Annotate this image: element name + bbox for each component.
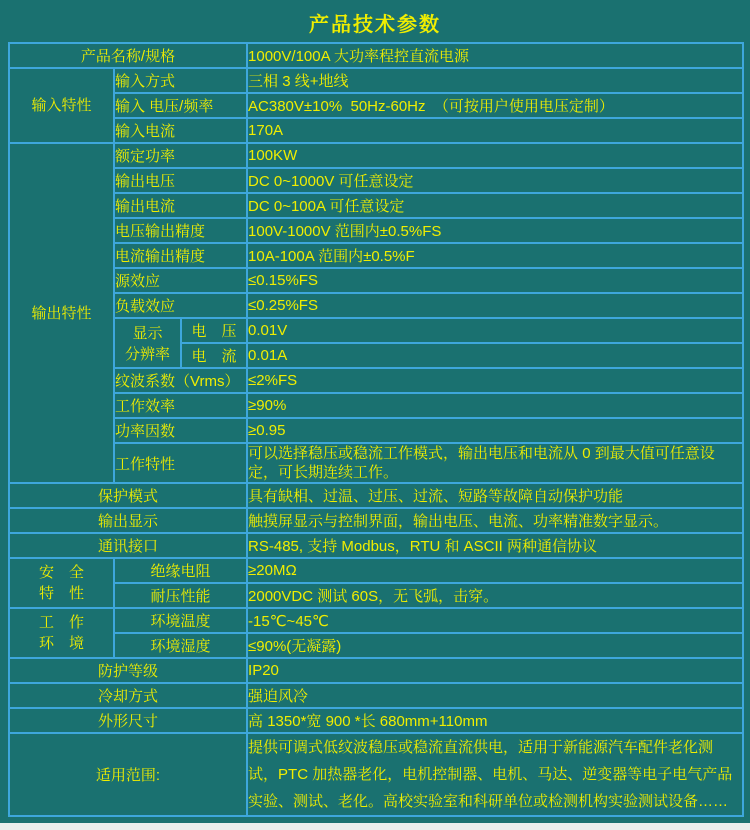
table-row: 冷却方式 强迫风冷 [9,683,743,708]
dimensions-label: 外形尺寸 [9,708,247,733]
row-label: 绝缘电阻 [114,558,247,583]
table-row: 保护模式 具有缺相、过温、过压、过流、短路等故障自动保护功能 [9,483,743,508]
row-value: 100KW [247,143,743,168]
display-resolution-line1: 显示 [132,325,162,342]
row-label: 源效应 [114,268,247,293]
output-display-value: 触摸屏显示与控制界面，输出电压、电流、功率精准数字显示。 [247,508,743,533]
row-value: 可以选择稳压或稳流工作模式，输出电压和电流从 0 到最大值可任意设定，可长期连续… [247,443,743,483]
group-safety-line1: 安 全 [39,564,84,581]
group-input-characteristics: 输入特性 [9,68,114,143]
row-value: DC 0~1000V 可任意设定 [247,168,743,193]
table-row: 纹波系数（Vrms） ≤2%FS [9,368,743,393]
spec-table: 产品名称/规格 1000V/100A 大功率程控直流电源 输入特性 输入方式 三… [8,42,744,817]
row-label: 电 流 [181,343,247,368]
table-row: 输入特性 输入方式 三相 3 线+地线 [9,68,743,93]
table-row: 工 作 环 境 环境温度 -15℃~45℃ [9,608,743,633]
row-label: 工作效率 [114,393,247,418]
table-row: 工作特性 可以选择稳压或稳流工作模式，输出电压和电流从 0 到最大值可任意设定，… [9,443,743,483]
row-value: 100V-1000V 范围内±0.5%FS [247,218,743,243]
row-value: AC380V±10% 50Hz-60Hz （可按用户使用电压定制） [247,93,743,118]
group-environment-line2: 环 境 [39,635,84,652]
table-row: 输入 电压/频率 AC380V±10% 50Hz-60Hz （可按用户使用电压定… [9,93,743,118]
comm-interface-value: RS-485, 支持 Modbus，RTU 和 ASCII 两种通信协议 [247,533,743,558]
row-label: 输入 电压/频率 [114,93,247,118]
group-safety-line2: 特 性 [39,585,84,602]
row-value: ≥90% [247,393,743,418]
row-label: 环境湿度 [114,633,247,658]
display-resolution-line2: 分辨率 [125,346,170,363]
row-label: 输出电压 [114,168,247,193]
row-label: 输入电流 [114,118,247,143]
protection-grade-label: 防护等级 [9,658,247,683]
row-label: 环境温度 [114,608,247,633]
cooling-method-value: 强迫风冷 [247,683,743,708]
output-display-label: 输出显示 [9,508,247,533]
table-row: 显示 分辨率 电 压 0.01V [9,318,743,343]
application-scope-value: 提供可调式低纹波稳压或稳流直流供电，适用于新能源汽车配件老化测试，PTC 加热器… [247,733,743,816]
row-label: 负载效应 [114,293,247,318]
table-row: 源效应 ≤0.15%FS [9,268,743,293]
protection-mode-value: 具有缺相、过温、过压、过流、短路等故障自动保护功能 [247,483,743,508]
row-label: 耐压性能 [114,583,247,608]
dimensions-value: 高 1350*宽 900 *长 680mm+110mm [247,708,743,733]
row-value: 170A [247,118,743,143]
row-label: 工作特性 [114,443,247,483]
row-value: DC 0~100A 可任意设定 [247,193,743,218]
display-resolution-label: 显示 分辨率 [114,318,181,368]
table-row: 输出显示 触摸屏显示与控制界面，输出电压、电流、功率精准数字显示。 [9,508,743,533]
page-title: 产品技术参数 [0,0,750,42]
table-row: 输出电流 DC 0~100A 可任意设定 [9,193,743,218]
table-row: 安 全 特 性 绝缘电阻 ≥20MΩ [9,558,743,583]
table-row: 电流输出精度 10A-100A 范围内±0.5%F [9,243,743,268]
bottom-strip [0,823,750,830]
row-value: 0.01A [247,343,743,368]
row-value: ≤2%FS [247,368,743,393]
row-value: -15℃~45℃ [247,608,743,633]
product-name-value: 1000V/100A 大功率程控直流电源 [247,43,743,68]
table-row: 输出特性 额定功率 100KW [9,143,743,168]
row-value: 0.01V [247,318,743,343]
table-row: 适用范围: 提供可调式低纹波稳压或稳流直流供电，适用于新能源汽车配件老化测试，P… [9,733,743,816]
row-label: 输出电流 [114,193,247,218]
row-label: 功率因数 [114,418,247,443]
row-value: 三相 3 线+地线 [247,68,743,93]
row-label: 额定功率 [114,143,247,168]
protection-grade-value: IP20 [247,658,743,683]
row-value: ≥0.95 [247,418,743,443]
table-row: 防护等级 IP20 [9,658,743,683]
row-label: 电流输出精度 [114,243,247,268]
cooling-method-label: 冷却方式 [9,683,247,708]
table-row: 输出电压 DC 0~1000V 可任意设定 [9,168,743,193]
comm-interface-label: 通讯接口 [9,533,247,558]
group-safety: 安 全 特 性 [9,558,114,608]
row-label: 电压输出精度 [114,218,247,243]
table-row: 负载效应 ≤0.25%FS [9,293,743,318]
table-row: 通讯接口 RS-485, 支持 Modbus，RTU 和 ASCII 两种通信协… [9,533,743,558]
table-row: 耐压性能 2000VDC 测试 60S，无飞弧，击穿。 [9,583,743,608]
table-row: 产品名称/规格 1000V/100A 大功率程控直流电源 [9,43,743,68]
row-value: ≤0.25%FS [247,293,743,318]
row-label: 输入方式 [114,68,247,93]
row-value: ≥20MΩ [247,558,743,583]
protection-mode-label: 保护模式 [9,483,247,508]
group-environment: 工 作 环 境 [9,608,114,658]
group-environment-line1: 工 作 [39,614,84,631]
row-label: 电 压 [181,318,247,343]
row-value: ≤90%(无凝露) [247,633,743,658]
product-name-label: 产品名称/规格 [9,43,247,68]
row-value: 10A-100A 范围内±0.5%F [247,243,743,268]
table-row: 功率因数 ≥0.95 [9,418,743,443]
row-label: 纹波系数（Vrms） [114,368,247,393]
row-value: 2000VDC 测试 60S，无飞弧，击穿。 [247,583,743,608]
table-row: 电压输出精度 100V-1000V 范围内±0.5%FS [9,218,743,243]
group-output-characteristics: 输出特性 [9,143,114,483]
row-value: ≤0.15%FS [247,268,743,293]
table-row: 输入电流 170A [9,118,743,143]
table-row: 环境湿度 ≤90%(无凝露) [9,633,743,658]
table-row: 工作效率 ≥90% [9,393,743,418]
table-row: 外形尺寸 高 1350*宽 900 *长 680mm+110mm [9,708,743,733]
application-scope-label: 适用范围: [9,733,247,816]
